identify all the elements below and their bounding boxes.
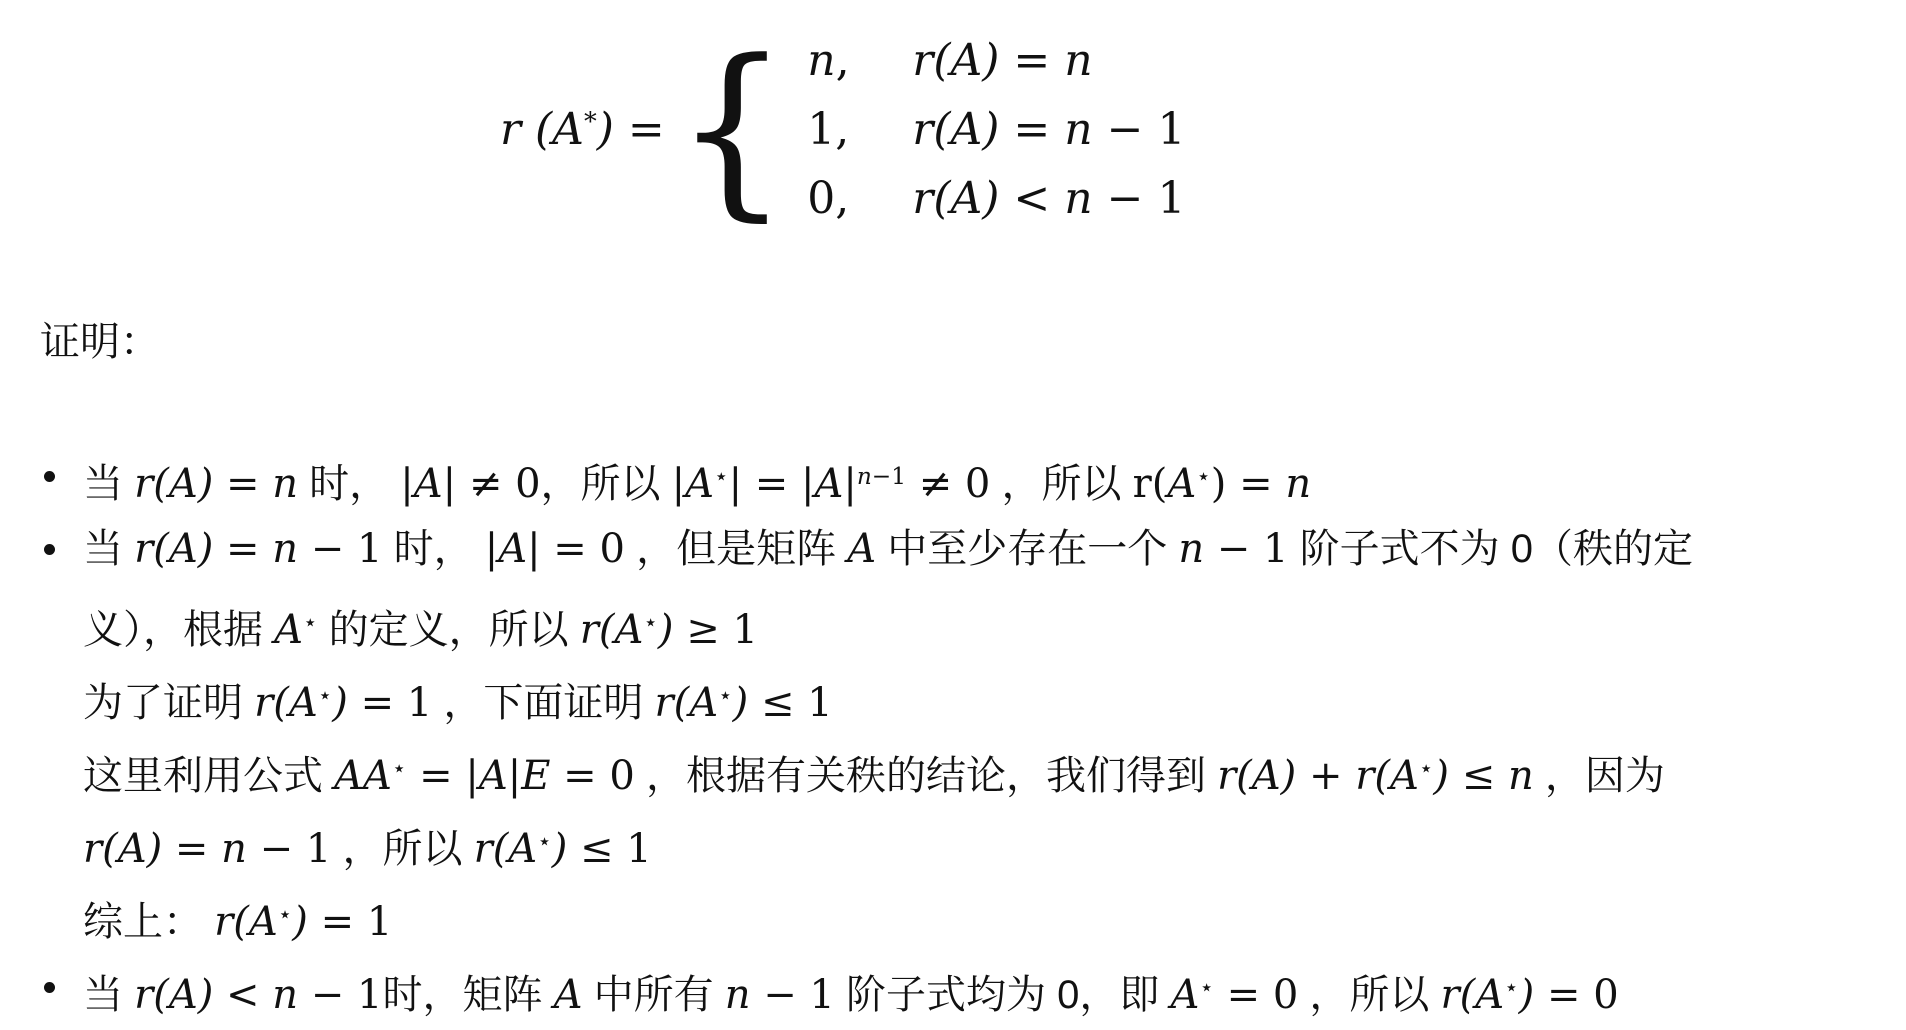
text-run: ，所以 [331, 827, 473, 871]
text-run: 这里利用公式 [83, 754, 334, 798]
math-run: A [554, 972, 583, 1018]
proof-line: 为了证明 r(A⋆) = 1 ，下面证明 r(A⋆) ≤ 1 [83, 659, 1900, 732]
text-run: 时，矩阵 [382, 973, 553, 1017]
math-run: − 1 [298, 972, 382, 1018]
math-run: n [807, 35, 835, 86]
text-run: 当 [83, 973, 134, 1017]
math-run: ⋆ [537, 828, 552, 855]
math-run: = | [406, 753, 478, 799]
math-run: A [685, 461, 714, 507]
math-run: ) [552, 826, 568, 872]
text-run: 阶子式均为 0，即 [835, 973, 1171, 1017]
math-run: 1, [807, 104, 849, 155]
math-run: r(A) [1217, 753, 1296, 799]
math-run: r(A [1355, 753, 1419, 799]
math-run: r(A) [912, 173, 999, 224]
math-run: | [508, 753, 521, 799]
math-run: A [498, 526, 527, 572]
case-row: 1,r(A) = n − 1 [807, 95, 1185, 164]
math-run: A [479, 753, 508, 799]
text-run: 时， [382, 527, 484, 571]
math-run: r(A [214, 899, 278, 945]
bullet-item: 当 r(A) = n 时， |A| ≠ 0，所以 |A⋆| = |A|n−1 ≠… [40, 440, 1900, 513]
math-run: = 1 [348, 680, 432, 726]
math-run: = 1 [308, 899, 392, 945]
math-run: = [213, 526, 272, 572]
piecewise-formula: r (A*) = { n,r(A) = n1,r(A) = n − 10,r(A… [500, 26, 1185, 233]
math-run: ⋆ [278, 901, 293, 928]
text-run: 阶子式不为 0（秩的定 [1288, 527, 1692, 571]
math-run: n [272, 461, 298, 507]
math-run: r(A) [134, 461, 213, 507]
text-run: ，因为 [1534, 754, 1665, 798]
math-run: = [614, 104, 665, 155]
math-run: r(A [1441, 972, 1505, 1018]
math-run: = [999, 104, 1064, 155]
math-run: A [1170, 972, 1199, 1018]
math-run: A [814, 461, 843, 507]
text-run: ，下面证明 [432, 681, 654, 725]
math-run: −1 [872, 463, 906, 490]
math-run: ) [733, 680, 749, 726]
math-run: | [672, 461, 685, 507]
text-run: 中所有 [582, 973, 724, 1017]
math-run: − 1 [750, 972, 834, 1018]
case-condition: r(A) = n [912, 35, 1092, 86]
math-run: ⋆ [1196, 463, 1211, 490]
math-run: ⋆ [303, 609, 318, 636]
math-run: ⋆ [1199, 974, 1214, 1001]
proof-line: 当 r(A) = n 时， |A| ≠ 0，所以 |A⋆| = |A|n−1 ≠… [83, 440, 1900, 513]
text-run: ，所以 [541, 462, 672, 506]
math-run: n [221, 826, 247, 872]
math-run: r(A) [134, 526, 213, 572]
math-run: r(A [474, 826, 538, 872]
proof-line: 这里利用公式 AA⋆ = |A|E = 0 ，根据有关秩的结论，我们得到 r(A… [83, 732, 1900, 805]
math-run: n [1064, 104, 1092, 155]
math-run: | ≠ 0 [443, 461, 541, 507]
text-run: ，根据有关秩的结论，我们得到 [635, 754, 1217, 798]
math-run: 0, [807, 173, 849, 224]
math-run: ⋆ [1504, 974, 1519, 1001]
math-run: r(A) [912, 35, 999, 86]
proof-line: 当 r(A) < n − 1时，矩阵 A 中所有 n − 1 阶子式均为 0，即… [83, 951, 1900, 1024]
math-run: r(A [580, 607, 644, 653]
math-run: A [1167, 461, 1196, 507]
text-run: 的定义，所以 [318, 608, 580, 652]
math-run: ⋆ [718, 682, 733, 709]
math-run: | [485, 526, 498, 572]
math-run: − 1 [247, 826, 331, 872]
text-run: ，所以 [990, 462, 1132, 506]
math-run: AA [334, 753, 392, 799]
case-row: 0,r(A) < n − 1 [807, 164, 1185, 233]
math-run: ≥ 1 [674, 607, 758, 653]
math-run: ≠ 0 [906, 461, 990, 507]
text-run: 中至少存在一个 [876, 527, 1178, 571]
math-run: = 0 [1534, 972, 1618, 1018]
math-run: − 1 [1093, 104, 1186, 155]
text-run: 时， [298, 462, 400, 506]
formula-lhs: r (A*) = [500, 104, 665, 155]
math-run: ⋆ [318, 682, 333, 709]
math-run: r(A) [83, 826, 162, 872]
math-run: − 1 [1204, 526, 1288, 572]
proof-bullet-list: 当 r(A) = n 时， |A| ≠ 0，所以 |A⋆| = |A|n−1 ≠… [40, 440, 1900, 1024]
case-value: 0, [807, 173, 912, 224]
math-run: ≤ 1 [567, 826, 651, 872]
bullet-marker [44, 982, 55, 993]
case-rows: n,r(A) = n1,r(A) = n − 10,r(A) < n − 1 [807, 26, 1185, 233]
math-run: n [272, 526, 298, 572]
math-run: ) [292, 899, 308, 945]
case-value: 1, [807, 104, 912, 155]
math-run: | [843, 461, 856, 507]
text-run: 为了证明 [83, 681, 254, 725]
math-run: r(A [655, 680, 719, 726]
text-run: 义），根据 [83, 608, 274, 652]
math-run: n [1178, 526, 1204, 572]
cases-brace: { [675, 23, 790, 236]
text-run: 综上： [83, 900, 214, 944]
case-condition: r(A) < n − 1 [912, 173, 1185, 224]
math-run: r(A) [134, 972, 213, 1018]
math-run: r( [1133, 461, 1168, 507]
math-run: E [521, 753, 550, 799]
math-run: = 0 [1214, 972, 1298, 1018]
proof-line: 当 r(A) = n − 1 时， |A| = 0 ，但是矩阵 A 中至少存在一… [83, 513, 1900, 586]
bullet-marker [44, 544, 55, 555]
math-run: | = 0 [527, 526, 625, 572]
math-run: A [274, 607, 303, 653]
math-run: + [1296, 753, 1355, 799]
math-run: ) [1433, 753, 1449, 799]
math-run: ) [658, 607, 674, 653]
math-run: ⋆ [392, 755, 407, 782]
proof-line: 综上： r(A⋆) = 1 [83, 878, 1900, 951]
proof-heading: 证明： [40, 318, 160, 366]
math-run: | [400, 461, 413, 507]
math-run: A [414, 461, 443, 507]
math-run: < [999, 173, 1064, 224]
math-run: A [847, 526, 876, 572]
math-run: , [836, 35, 850, 86]
math-run: ⋆ [1419, 755, 1434, 782]
math-run: ) [597, 104, 614, 155]
math-run: ≤ 1 [748, 680, 832, 726]
case-row: n,r(A) = n [807, 26, 1185, 95]
math-run: n [857, 463, 872, 490]
math-run: < [213, 972, 272, 1018]
math-run: ) [1519, 972, 1535, 1018]
math-run: ≤ [1449, 753, 1508, 799]
math-run: ) = [1211, 461, 1286, 507]
math-run: r(A) [912, 104, 999, 155]
math-run: n [1285, 461, 1311, 507]
math-run: = 0 [550, 753, 634, 799]
math-run: r(A [254, 680, 318, 726]
math-run: ⋆ [643, 609, 658, 636]
math-run: = [999, 35, 1064, 86]
math-run: n [1064, 173, 1092, 224]
math-run: − 1 [298, 526, 382, 572]
math-run: | = | [729, 461, 815, 507]
case-condition: r(A) = n − 1 [912, 104, 1185, 155]
math-run: * [584, 107, 597, 137]
proof-line: r(A) = n − 1 ，所以 r(A⋆) ≤ 1 [83, 805, 1900, 878]
proof-line: 义），根据 A⋆ 的定义，所以 r(A⋆) ≥ 1 [83, 586, 1900, 659]
math-run: n [1508, 753, 1534, 799]
math-run: = [213, 461, 272, 507]
math-run: n [1064, 35, 1092, 86]
text-run: 当 [83, 527, 134, 571]
math-run: ⋆ [714, 463, 729, 490]
math-run: n [272, 972, 298, 1018]
text-run: ，所以 [1298, 973, 1440, 1017]
math-run: n [725, 972, 751, 1018]
case-value: n, [807, 35, 912, 86]
bullet-marker [44, 471, 55, 482]
bullet-item: 当 r(A) = n − 1 时， |A| = 0 ，但是矩阵 A 中至少存在一… [40, 513, 1900, 951]
math-run: r (A [500, 104, 584, 155]
math-run: ) [332, 680, 348, 726]
bullet-item: 当 r(A) < n − 1时，矩阵 A 中所有 n − 1 阶子式均为 0，即… [40, 951, 1900, 1024]
math-run: = [162, 826, 221, 872]
math-run: − 1 [1093, 173, 1186, 224]
text-run: 当 [83, 462, 134, 506]
text-run: ，但是矩阵 [625, 527, 847, 571]
